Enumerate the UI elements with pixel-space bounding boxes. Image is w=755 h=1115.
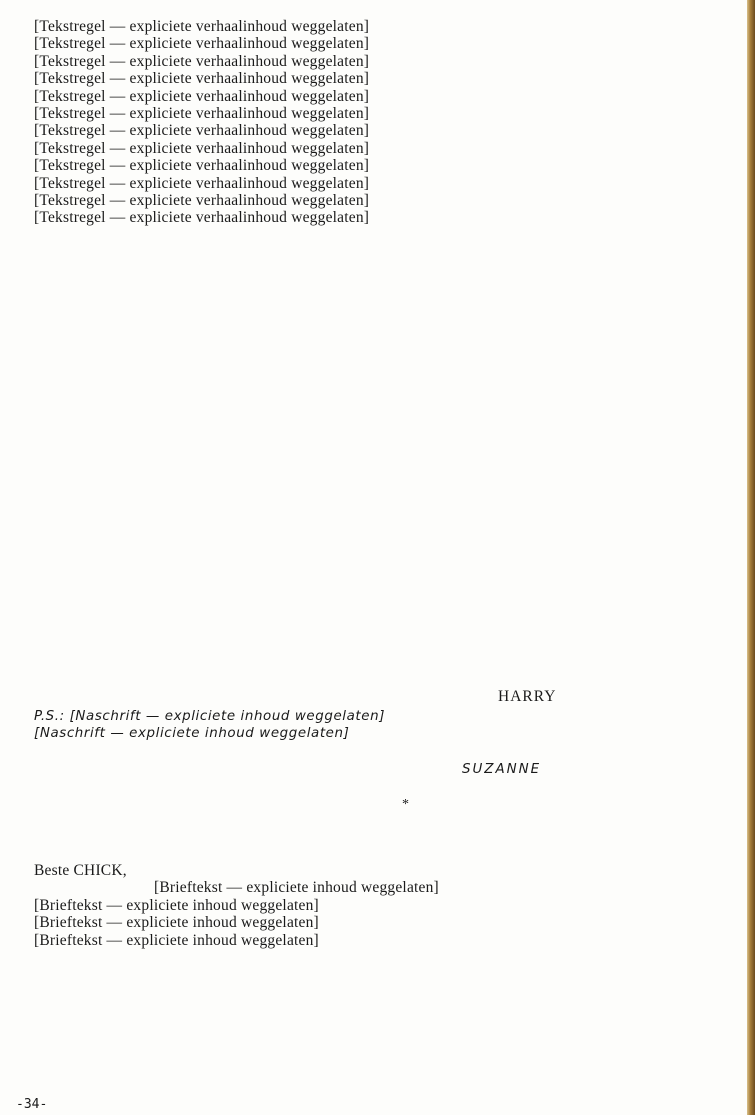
letter-line: [Brieftekst — expliciete inhoud weggelat… bbox=[34, 932, 746, 949]
story-signature: HARRY bbox=[498, 688, 556, 706]
story-line: [Tekstregel — expliciete verhaalinhoud w… bbox=[34, 88, 746, 105]
story-line: [Tekstregel — expliciete verhaalinhoud w… bbox=[34, 18, 746, 35]
page-edge bbox=[747, 0, 755, 1115]
section-separator: * bbox=[402, 797, 409, 813]
story-line: [Tekstregel — expliciete verhaalinhoud w… bbox=[34, 122, 746, 139]
story-text: [Tekstregel — expliciete verhaalinhoud w… bbox=[34, 18, 746, 227]
story-line: [Tekstregel — expliciete verhaalinhoud w… bbox=[34, 140, 746, 157]
story-line: [Tekstregel — expliciete verhaalinhoud w… bbox=[34, 35, 746, 52]
story-line: [Tekstregel — expliciete verhaalinhoud w… bbox=[34, 105, 746, 122]
page-number: -34- bbox=[16, 1097, 47, 1112]
letter-salutation: Beste CHICK, bbox=[34, 862, 746, 879]
story-line: [Tekstregel — expliciete verhaalinhoud w… bbox=[34, 157, 746, 174]
story-line: [Tekstregel — expliciete verhaalinhoud w… bbox=[34, 209, 746, 226]
letter-line: [Brieftekst — expliciete inhoud weggelat… bbox=[34, 914, 746, 931]
letter: Beste CHICK, [Brieftekst — expliciete in… bbox=[34, 862, 746, 949]
story-line: [Tekstregel — expliciete verhaalinhoud w… bbox=[34, 175, 746, 192]
postscript: P.S.: [Naschrift — expliciete inhoud weg… bbox=[34, 708, 746, 743]
story-line: [Tekstregel — expliciete verhaalinhoud w… bbox=[34, 192, 746, 209]
postscript-line: P.S.: [Naschrift — expliciete inhoud weg… bbox=[34, 708, 746, 725]
letter-line: [Brieftekst — expliciete inhoud weggelat… bbox=[34, 879, 746, 896]
postscript-line: [Naschrift — expliciete inhoud weggelate… bbox=[34, 725, 746, 742]
story-line: [Tekstregel — expliciete verhaalinhoud w… bbox=[34, 53, 746, 70]
letter-line: [Brieftekst — expliciete inhoud weggelat… bbox=[34, 897, 746, 914]
story-line: [Tekstregel — expliciete verhaalinhoud w… bbox=[34, 70, 746, 87]
postscript-signature: SUZANNE bbox=[462, 762, 541, 777]
